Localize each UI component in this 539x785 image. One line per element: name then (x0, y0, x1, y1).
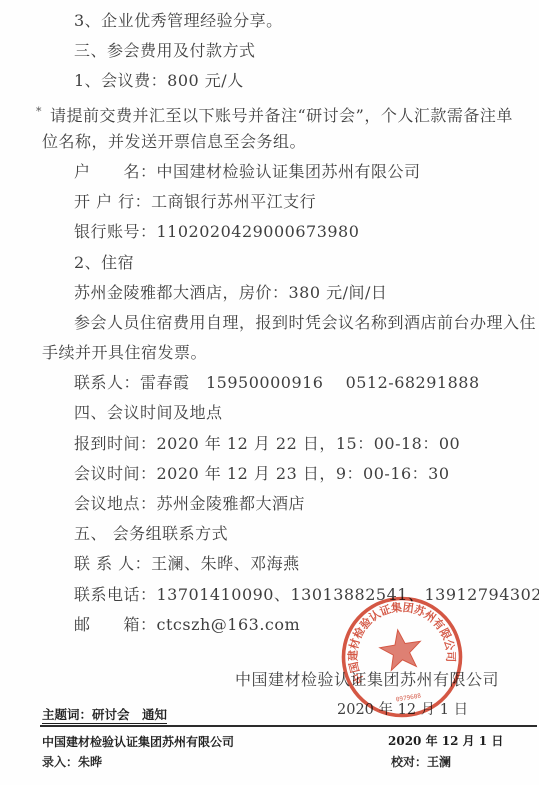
footer-divider: 主题词：研讨会 通知 (40, 712, 537, 727)
footer-date: 2020 年 12 月 1 日 (388, 732, 503, 749)
footer-organization: 中国建材检验认证集团苏州有限公司 (42, 733, 234, 750)
body-line: 位名称，并发送开票信息至会务组。 (42, 127, 534, 157)
body-line: 户 名：中国建材检验认证集团苏州有限公司 (42, 157, 534, 187)
body-line: 三、参会费用及付款方式 (42, 36, 534, 66)
document-body: 3、企业优秀管理经验分享。 三、参会费用及付款方式 1、会议费：800 元/人 … (42, 6, 534, 640)
body-line: 会议地点：苏州金陵雅都大酒店 (42, 489, 534, 519)
document-page: 3、企业优秀管理经验分享。 三、参会费用及付款方式 1、会议费：800 元/人 … (0, 0, 539, 785)
body-line: 会议时间：2020 年 12 月 23 日，9：00-16：30 (42, 459, 534, 489)
subject-keywords: 主题词：研讨会 通知 (42, 705, 167, 724)
body-line: 四、会议时间及地点 (42, 398, 534, 428)
body-line: 苏州金陵雅都大酒店，房价：380 元/间/日 (42, 278, 534, 308)
body-line-text: 请提前交费并汇至以下账号并备注“研讨会”，个人汇款需备注单 (50, 106, 513, 125)
body-line: 联 系 人：王澜、朱晔、邓海燕 (42, 549, 534, 579)
company-seal-stamp-icon: 中国建材检验认证集团苏州有限公司 0979608 (330, 585, 474, 729)
body-line: *请提前交费并汇至以下账号并备注“研讨会”，个人汇款需备注单 (36, 97, 534, 127)
body-line: 2、住宿 (42, 248, 534, 278)
body-line: 参会人员住宿费用自理，报到时凭会议名称到酒店前台办理入住 (42, 308, 534, 338)
body-line: 五、 会务组联系方式 (42, 519, 534, 549)
seal-registration-code: 0979608 (395, 692, 421, 703)
body-line: 1、会议费：800 元/人 (42, 66, 534, 96)
footnote-mark: * (36, 105, 42, 118)
body-line: 联系电话：13701410090、13013882541、13912794302 (42, 580, 534, 610)
footer-proofread-by: 校对：王澜 (391, 753, 451, 770)
body-line: 银行账号：1102020429000673980 (42, 217, 534, 247)
footer-entry-by: 录入：朱晔 (42, 753, 102, 770)
body-line: 手续并开具住宿发票。 (42, 338, 534, 368)
body-line: 开 户 行：工商银行苏州平江支行 (42, 187, 534, 217)
body-line: 报到时间：2020 年 12 月 22 日，15：00-18：00 (42, 429, 534, 459)
body-line: 3、企业优秀管理经验分享。 (42, 6, 534, 36)
seal-star-icon (377, 627, 424, 672)
body-line: 联系人：雷春霞 15950000916 0512-68291888 (42, 368, 534, 398)
